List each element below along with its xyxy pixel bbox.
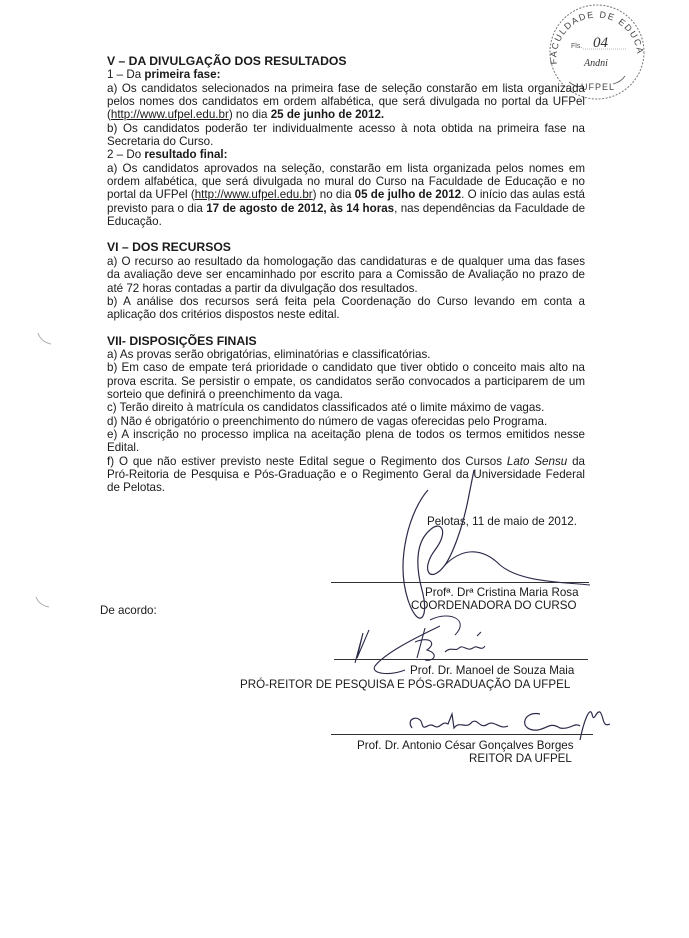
- stamp-initials: Andni: [583, 58, 608, 69]
- signatory-role: REITOR DA UFPEL: [469, 752, 572, 765]
- section-vii-item-b: b) Em caso de empate terá prioridade o c…: [107, 361, 585, 401]
- section-v-item-final: a) Os candidatos aprovados na seleção, c…: [107, 162, 585, 229]
- item-start-date: 17 de agosto de 2012, às 14 horas: [206, 202, 394, 215]
- section-v-item-a: a) Os candidatos selecionados na primeir…: [107, 82, 585, 122]
- item-italic: Lato Sensu: [507, 455, 567, 468]
- stamp-fls-number: 04: [593, 35, 609, 51]
- sub2-prefix: 2 – Do: [107, 148, 144, 161]
- section-v-sub1: 1 – Da primeira fase:: [107, 68, 585, 81]
- sub1-bold: primeira fase:: [144, 68, 220, 81]
- item-text: ) no dia: [313, 188, 355, 201]
- section-vi-title: VI – DOS RECURSOS: [107, 241, 585, 254]
- section-vii-item-d: d) Não é obrigatório o preenchimento do …: [107, 415, 585, 428]
- edital-body: V – DA DIVULGAÇÃO DOS RESULTADOS 1 – Da …: [107, 55, 585, 495]
- ufpel-link[interactable]: http://www.ufpel.edu.br: [195, 188, 313, 201]
- section-vi-item-a: a) O recurso ao resultado da homologação…: [107, 255, 585, 295]
- item-text: ) no dia: [229, 108, 271, 121]
- document-page: FACULDADE DE EDUCAÇÃO UFPEL Fls. 04 Andn…: [0, 0, 689, 938]
- stamp-fls-label: Fls.: [571, 43, 582, 50]
- section-vii-title: VII- DISPOSIÇÕES FINAIS: [107, 335, 585, 348]
- handwritten-signature-icon: [345, 618, 525, 678]
- signatory-role: PRÓ-REITOR DE PESQUISA E PÓS-GRADUAÇÃO D…: [240, 678, 570, 691]
- section-v-item-b: b) Os candidatos poderão ter individualm…: [107, 122, 585, 149]
- section-v-title: V – DA DIVULGAÇÃO DOS RESULTADOS: [107, 55, 585, 68]
- sub2-bold: resultado final:: [144, 148, 227, 161]
- item-text: f) O que não estiver previsto neste Edit…: [107, 455, 507, 468]
- item-date: 25 de junho de 2012.: [271, 108, 384, 121]
- section-vii-item-e: e) A inscrição no processo implica na ac…: [107, 428, 585, 455]
- ufpel-link[interactable]: http://www.ufpel.edu.br: [111, 108, 229, 121]
- sub1-prefix: 1 – Da: [107, 68, 144, 81]
- stamp-bottom-text: UFPEL: [581, 82, 615, 92]
- item-date: 05 de julho de 2012: [355, 188, 461, 201]
- agreement-label: De acordo:: [100, 604, 157, 617]
- handwritten-signature-icon: [390, 470, 590, 640]
- margin-mark-icon: [35, 330, 55, 350]
- section-vii-item-a: a) As provas serão obrigatórias, elimina…: [107, 348, 585, 361]
- margin-mark-icon: [33, 595, 53, 615]
- handwritten-signature-icon: [400, 700, 610, 750]
- section-v-sub2: 2 – Do resultado final:: [107, 148, 585, 161]
- section-vi-item-b: b) A análise dos recursos será feita pel…: [107, 295, 585, 322]
- section-vii-item-c: c) Terão direito à matrícula os candidat…: [107, 401, 585, 414]
